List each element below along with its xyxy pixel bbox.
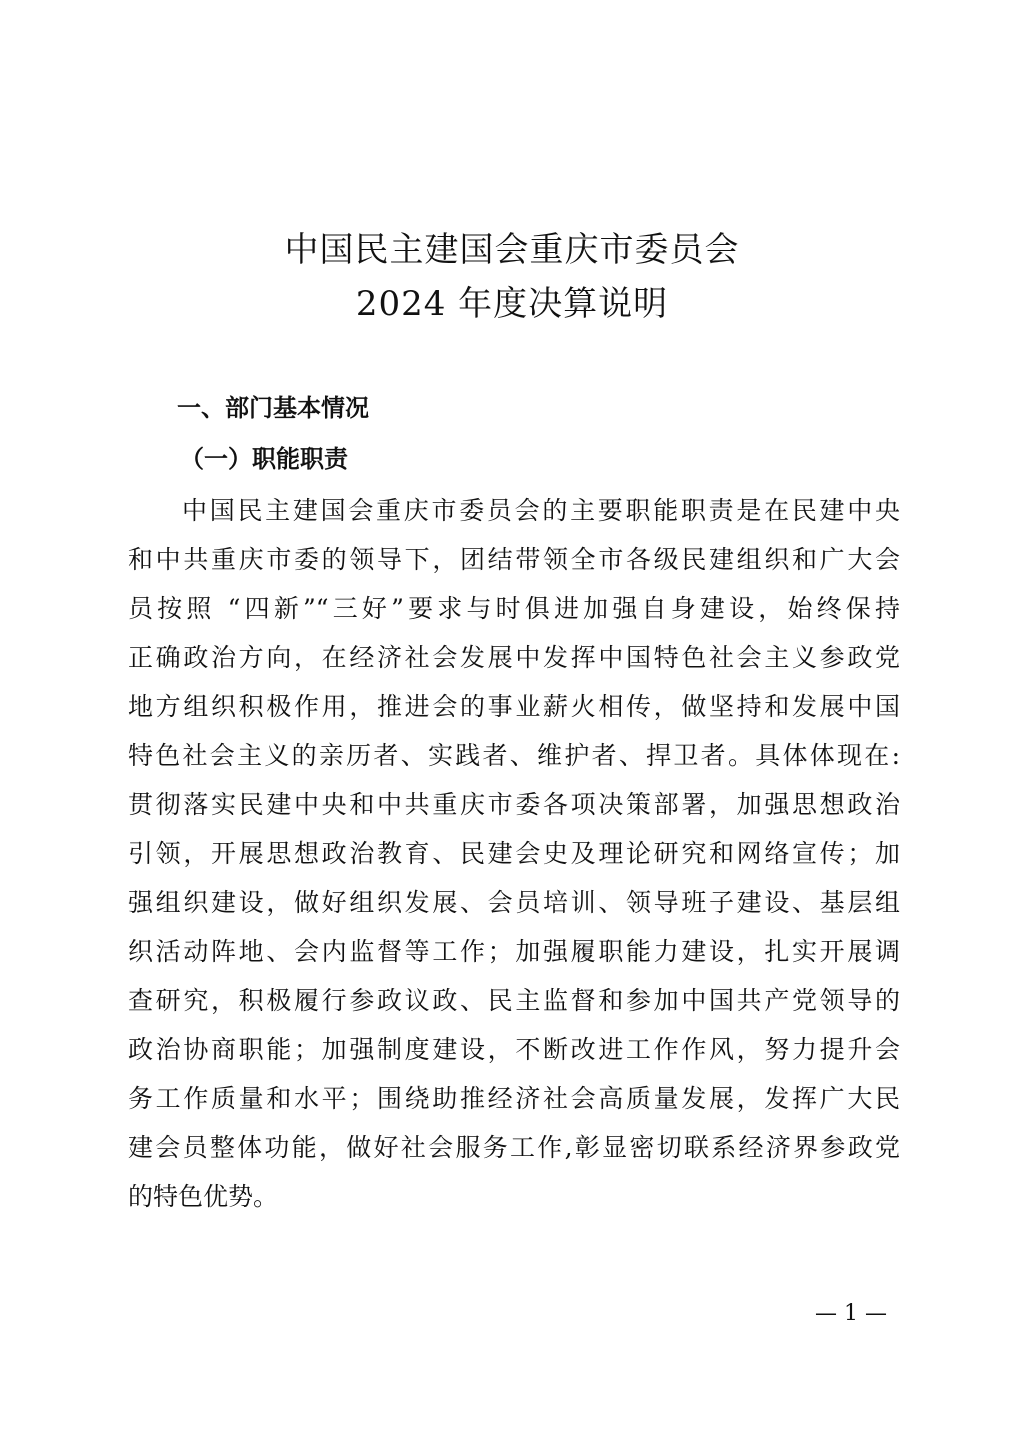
page-number: — 1 — xyxy=(815,1300,887,1328)
paragraph-line: 查研究，积极履行参政议政、民主监督和参加中国共产党领导的 xyxy=(128,984,900,1018)
paragraph-line: 建会员整体功能，做好社会服务工作,彰显密切联系经济界参政党 xyxy=(128,1131,900,1165)
subsection-heading: （一）职能职责 xyxy=(180,444,348,474)
paragraph-line: 务工作质量和水平；围绕助推经济社会高质量发展，发挥广大民 xyxy=(128,1082,900,1116)
paragraph-line: 贯彻落实民建中央和中共重庆市委各项决策部署，加强思想政治 xyxy=(128,788,900,822)
paragraph-line: 政治协商职能；加强制度建设，不断改进工作作风，努力提升会 xyxy=(128,1033,900,1067)
paragraph-line: 地方组织积极作用，推进会的事业薪火相传，做坚持和发展中国 xyxy=(128,690,900,724)
paragraph-line: 员按照 “四新”“三好”要求与时俱进加强自身建设，始终保持 xyxy=(128,592,900,626)
document-page: 中国民主建国会重庆市委员会 2024 年度决算说明 一、部门基本情况 （一）职能… xyxy=(0,0,1024,1447)
paragraph-line: 正确政治方向，在经济社会发展中发挥中国特色社会主义参政党 xyxy=(128,641,900,675)
paragraph-line: 中国民主建国会重庆市委员会的主要职能职责是在民建中央 xyxy=(182,494,900,528)
paragraph-line: 强组织建设，做好组织发展、会员培训、领导班子建设、基层组 xyxy=(128,886,900,920)
document-title-line-1: 中国民主建国会重庆市委员会 xyxy=(0,230,1024,270)
paragraph-line: 和中共重庆市委的领导下，团结带领全市各级民建组织和广大会 xyxy=(128,543,900,577)
paragraph-line: 引领，开展思想政治教育、民建会史及理论研究和网络宣传；加 xyxy=(128,837,900,871)
paragraph-line: 的特色优势。 xyxy=(128,1180,900,1214)
document-title-line-2: 2024 年度决算说明 xyxy=(0,284,1024,324)
paragraph-line: 特色社会主义的亲历者、实践者、维护者、捍卫者。具体体现在: xyxy=(128,739,900,773)
section-heading: 一、部门基本情况 xyxy=(177,393,369,423)
paragraph-line: 织活动阵地、会内监督等工作；加强履职能力建设，扎实开展调 xyxy=(128,935,900,969)
